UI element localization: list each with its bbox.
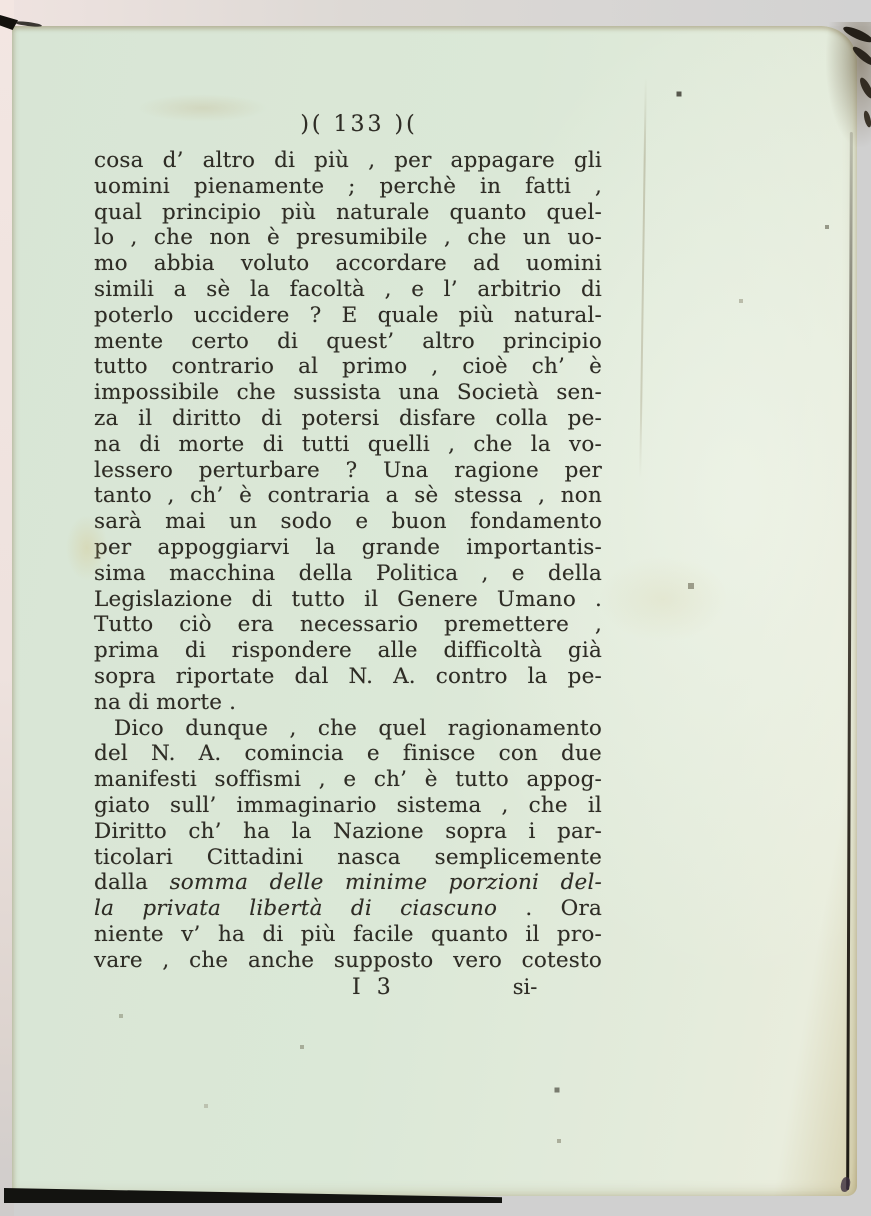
- text-line: tanto , ch’ è contraria a sè stessa , no…: [94, 483, 602, 509]
- text-segment: prima di rispondere alle difficoltà già: [94, 638, 602, 663]
- text-segment: giato sull’ immaginario sistema , che il: [94, 793, 602, 818]
- text-line: impossibile che sussista una Società sen…: [94, 380, 602, 406]
- text-line: Tutto ciò era necessario premettere ,: [94, 612, 602, 638]
- text-segment: Diritto ch’ ha la Nazione sopra i par-: [94, 819, 602, 844]
- text-segment: poterlo uccidere ? E quale più natural-: [94, 303, 602, 328]
- text-segment: . Ora: [497, 896, 602, 921]
- text-segment: niente v’ ha di più facile quanto il pro…: [94, 922, 602, 947]
- text-line: na di morte di tutti quelli , che la vo-: [94, 432, 602, 458]
- text-line: sarà mai un sodo e buon fondamento: [94, 509, 602, 535]
- text-segment: na di morte .: [94, 690, 236, 715]
- text-segment: sarà mai un sodo e buon fondamento: [94, 509, 602, 534]
- text-line: uomini pienamente ; perchè in fatti ,: [94, 174, 602, 200]
- text-segment: tanto , ch’ è contraria a sè stessa , no…: [94, 483, 602, 508]
- text-line: Legislazione di tutto il Genere Umano .: [94, 587, 602, 613]
- text-line: tutto contrario al primo , cioè ch’ è: [94, 354, 602, 380]
- text-line: del N. A. comincia e finisce con due: [94, 741, 602, 767]
- text-segment: tutto contrario al primo , cioè ch’ è: [94, 354, 602, 379]
- text-segment: uomini pienamente ; perchè in fatti ,: [94, 174, 602, 199]
- text-segment: dalla: [94, 870, 170, 895]
- text-segment: Legislazione di tutto il Genere Umano .: [94, 587, 602, 612]
- italic-text-segment: la privata libertà di ciascuno: [94, 896, 497, 921]
- text-line: za il diritto di potersi disfare colla p…: [94, 406, 602, 432]
- text-segment: lessero perturbare ? Una ragione per: [94, 458, 602, 483]
- italic-text-segment: somma delle minime porzioni del-: [170, 870, 602, 895]
- text-line: per appoggiarvi la grande importantis-: [94, 535, 602, 561]
- text-line: simili a sè la facoltà , e l’ arbitrio d…: [94, 277, 602, 303]
- text-segment: ticolari Cittadini nasca semplicemente: [94, 845, 602, 870]
- signature-mark-number: 3: [377, 975, 391, 1000]
- text-line: la privata libertà di ciascuno . Ora: [94, 896, 602, 922]
- text-segment: cosa d’ altro di più , per appagare gli: [94, 148, 602, 173]
- page-footer: I3si-: [94, 974, 602, 1000]
- text-line: vare , che anche supposto vero cotesto: [94, 948, 602, 974]
- text-segment: manifesti soffismi , e ch’ è tutto appog…: [94, 767, 602, 792]
- text-segment: na di morte di tutti quelli , che la vo-: [94, 432, 602, 457]
- paper-stain: [598, 556, 728, 642]
- backdrop-top-strip: [0, 0, 871, 26]
- text-segment: Dico dunque , che quel ragionamento: [114, 716, 602, 741]
- text-line: na di morte .: [94, 690, 602, 716]
- text-segment: mente certo di quest’ altro principio: [94, 329, 602, 354]
- text-segment: za il diritto di potersi disfare colla p…: [94, 406, 602, 431]
- text-line: qual principio più naturale quanto quel-: [94, 200, 602, 226]
- text-line: mo abbia voluto accordare ad uomini: [94, 251, 602, 277]
- text-line: ticolari Cittadini nasca semplicemente: [94, 845, 602, 871]
- signature-mark-letter: I: [352, 975, 361, 1000]
- paper-stain: [138, 94, 268, 122]
- catchword: si-: [513, 975, 538, 999]
- page-text-column: )( 133 )( cosa d’ altro di più , per app…: [94, 112, 602, 1000]
- text-segment: impossibile che sussista una Società sen…: [94, 380, 602, 405]
- text-segment: vare , che anche supposto vero cotesto: [94, 948, 602, 973]
- text-segment: sima macchina della Politica , e della: [94, 561, 602, 586]
- scanned-book-photo: )( 133 )( cosa d’ altro di più , per app…: [0, 0, 871, 1216]
- text-line: manifesti soffismi , e ch’ è tutto appog…: [94, 767, 602, 793]
- text-line: Diritto ch’ ha la Nazione sopra i par-: [94, 819, 602, 845]
- text-line: cosa d’ altro di più , per appagare gli: [94, 148, 602, 174]
- text-line: poterlo uccidere ? E quale più natural-: [94, 303, 602, 329]
- text-segment: per appoggiarvi la grande importantis-: [94, 535, 602, 560]
- text-segment: mo abbia voluto accordare ad uomini: [94, 251, 602, 276]
- text-line: mente certo di quest’ altro principio: [94, 329, 602, 355]
- text-line: sima macchina della Politica , e della: [94, 561, 602, 587]
- text-segment: lo , che non è presumibile , che un uo-: [94, 225, 602, 250]
- text-line: prima di rispondere alle difficoltà già: [94, 638, 602, 664]
- paper-specks: [0, 0, 2, 2]
- text-line: lo , che non è presumibile , che un uo-: [94, 225, 602, 251]
- paper-stain: [66, 515, 108, 581]
- text-segment: qual principio più naturale quanto quel-: [94, 200, 602, 225]
- text-line: lessero perturbare ? Una ragione per: [94, 458, 602, 484]
- text-segment: Tutto ciò era necessario premettere ,: [94, 612, 602, 637]
- text-segment: sopra riportate dal N. A. contro la pe-: [94, 664, 602, 689]
- text-line: dalla somma delle minime porzioni del-: [94, 870, 602, 896]
- text-segment: del N. A. comincia e finisce con due: [94, 741, 602, 766]
- text-line: giato sull’ immaginario sistema , che il: [94, 793, 602, 819]
- text-line: niente v’ ha di più facile quanto il pro…: [94, 922, 602, 948]
- book-page: )( 133 )( cosa d’ altro di più , per app…: [12, 26, 857, 1196]
- text-line: sopra riportate dal N. A. contro la pe-: [94, 664, 602, 690]
- text-line: Dico dunque , che quel ragionamento: [94, 716, 602, 742]
- page-body-text: cosa d’ altro di più , per appagare gliu…: [94, 148, 602, 974]
- text-segment: simili a sè la facoltà , e l’ arbitrio d…: [94, 277, 602, 302]
